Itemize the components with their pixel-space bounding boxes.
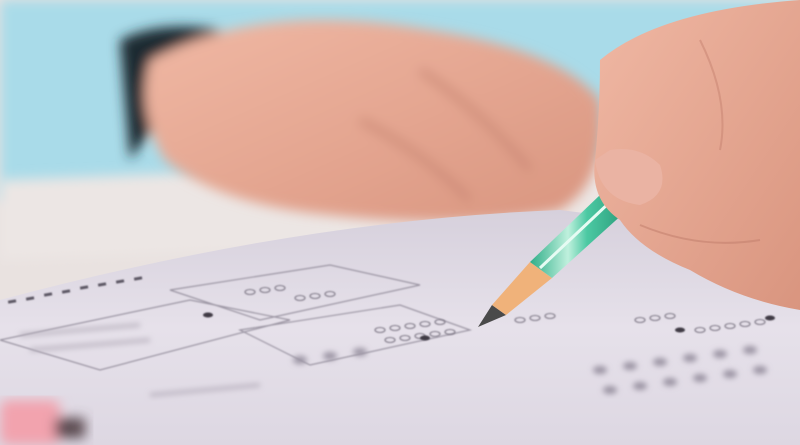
photo-scene — [0, 0, 800, 445]
answer-sheet-photo — [0, 0, 800, 445]
